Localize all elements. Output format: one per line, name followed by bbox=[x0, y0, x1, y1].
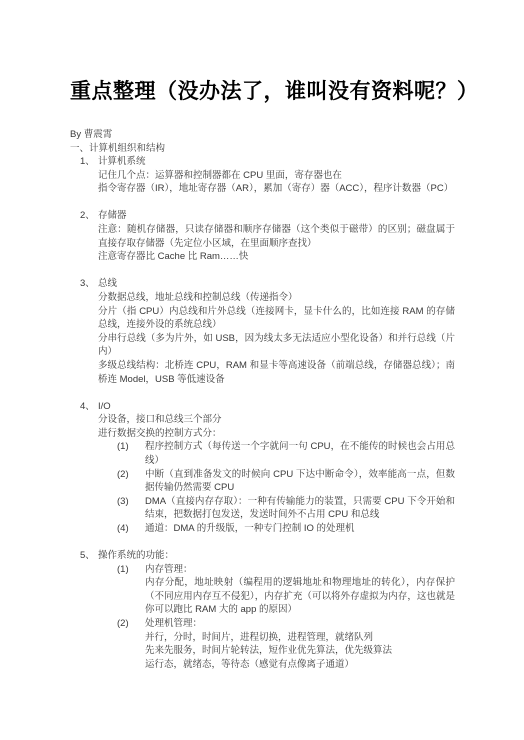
sub-item-text: DMA（直接内存存取）：一种有传输能力的装置，只需要 CPU 下令开始和结束，把… bbox=[145, 495, 455, 522]
sub-item: (1) 程序控制方式（每传送一个字就问一句 CPU，在不能传的时候也会占用总线） bbox=[70, 440, 455, 467]
sub-item-number: (2) bbox=[117, 617, 145, 631]
item-title: 总线 bbox=[98, 277, 455, 291]
item-number: 4、 bbox=[80, 400, 98, 414]
sub-item-text: 程序控制方式（每传送一个字就问一句 CPU，在不能传的时候也会占用总线） bbox=[145, 440, 455, 467]
byline: By 曹震霄 bbox=[70, 128, 455, 142]
sub-item-line: 并行，分时，时间片，进程切换，进程管理，就绪队列 bbox=[145, 631, 455, 645]
item-title: 操作系统的功能： bbox=[98, 549, 455, 563]
sub-item-line: 先来先服务，时间片轮转法，短作业优先算法，优先级算法 bbox=[145, 644, 455, 658]
sub-item-number: (1) bbox=[117, 563, 145, 577]
item-line: 分串行总线（多为片外，如 USB，因为线太多无法适应小型化设备）和并行总线（片内… bbox=[98, 332, 455, 359]
sub-item: (1) 内存管理： bbox=[70, 563, 455, 577]
item-number: 3、 bbox=[80, 277, 98, 291]
sub-item: (3) DMA（直接内存存取）：一种有传输能力的装置，只需要 CPU 下令开始和… bbox=[70, 495, 455, 522]
item-line: 分设备，接口和总线三个部分 bbox=[98, 413, 455, 427]
outline-item-heading: 5、 操作系统的功能： bbox=[70, 549, 455, 563]
outline-item-4: 4、 I/O 分设备，接口和总线三个部分 进行数据交换的控制方式分： (1) 程… bbox=[70, 400, 455, 536]
outline-item-heading: 4、 I/O bbox=[70, 400, 455, 414]
outline-item-3: 3、 总线 分数据总线，地址总线和控制总线（传递指令） 分片（指 CPU）内总线… bbox=[70, 277, 455, 386]
item-line: 分数据总线，地址总线和控制总线（传递指令） bbox=[98, 291, 455, 305]
sub-item-text: 处理机管理： bbox=[145, 617, 455, 631]
sub-item-number: (3) bbox=[117, 495, 145, 522]
outline-item-heading: 1、 计算机系统 bbox=[70, 155, 455, 169]
sub-item-text: 中断（直到准备发文的时候向 CPU 下达中断命令），效率能高一点，但数据传输仍然… bbox=[145, 468, 455, 495]
outline-item-5: 5、 操作系统的功能： (1) 内存管理： 内存分配，地址映射（编程用的逻辑地址… bbox=[70, 549, 455, 671]
sub-item: (2) 中断（直到准备发文的时候向 CPU 下达中断命令），效率能高一点，但数据… bbox=[70, 468, 455, 495]
document-page: 重点整理（没办法了，谁叫没有资料呢？） By 曹震霄 一、计算机组织和结构 1、… bbox=[0, 0, 524, 740]
item-line: 分片（指 CPU）内总线和片外总线（连接网卡，显卡什么的，比如连接 RAM 的存… bbox=[98, 305, 455, 332]
sub-item-line: 运行态，就绪态，等待态（感觉有点像离子通道） bbox=[145, 658, 455, 672]
sub-item-number: (1) bbox=[117, 440, 145, 467]
item-line: 指令寄存器（IR），地址寄存器（AR），累加（寄存）器（ACC），程序计数器（P… bbox=[98, 182, 455, 196]
outline-item-1: 1、 计算机系统 记住几个点：运算器和控制器都在 CPU 里面，寄存器也在 指令… bbox=[70, 155, 455, 196]
sub-item-text: 通道：DMA 的升级版，一种专门控制 IO 的处理机 bbox=[145, 522, 455, 536]
sub-item: (4) 通道：DMA 的升级版，一种专门控制 IO 的处理机 bbox=[70, 522, 455, 536]
sub-item: (2) 处理机管理： bbox=[70, 617, 455, 631]
item-title: 计算机系统 bbox=[98, 155, 455, 169]
document-title: 重点整理（没办法了，谁叫没有资料呢？） bbox=[70, 78, 455, 105]
item-line: 注意：随机存储器，只读存储器和顺序存储器（这个类似于磁带）的区别；磁盘属于直接存… bbox=[98, 223, 455, 250]
sub-item-number: (4) bbox=[117, 522, 145, 536]
sub-item-text: 内存管理： bbox=[145, 563, 455, 577]
outline-item-heading: 3、 总线 bbox=[70, 277, 455, 291]
item-line: 多级总线结构：北桥连 CPU，RAM 和显卡等高速设备（前端总线，存储器总线）；… bbox=[98, 359, 455, 386]
item-number: 2、 bbox=[80, 209, 98, 223]
item-line: 记住几个点：运算器和控制器都在 CPU 里面，寄存器也在 bbox=[98, 169, 455, 183]
item-number: 5、 bbox=[80, 549, 98, 563]
section-heading: 一、计算机组织和结构 bbox=[70, 142, 455, 156]
sub-item-number: (2) bbox=[117, 468, 145, 495]
outline-item-2: 2、 存储器 注意：随机存储器，只读存储器和顺序存储器（这个类似于磁带）的区别；… bbox=[70, 209, 455, 263]
item-title: I/O bbox=[98, 400, 455, 414]
item-line: 进行数据交换的控制方式分： bbox=[98, 427, 455, 441]
sub-item-line: 内存分配，地址映射（编程用的逻辑地址和物理地址的转化），内存保护（不同应用内存互… bbox=[145, 576, 455, 617]
item-number: 1、 bbox=[80, 155, 98, 169]
outline-item-heading: 2、 存储器 bbox=[70, 209, 455, 223]
item-line: 注意寄存器比 Cache 比 Ram……快 bbox=[98, 250, 455, 264]
item-title: 存储器 bbox=[98, 209, 455, 223]
